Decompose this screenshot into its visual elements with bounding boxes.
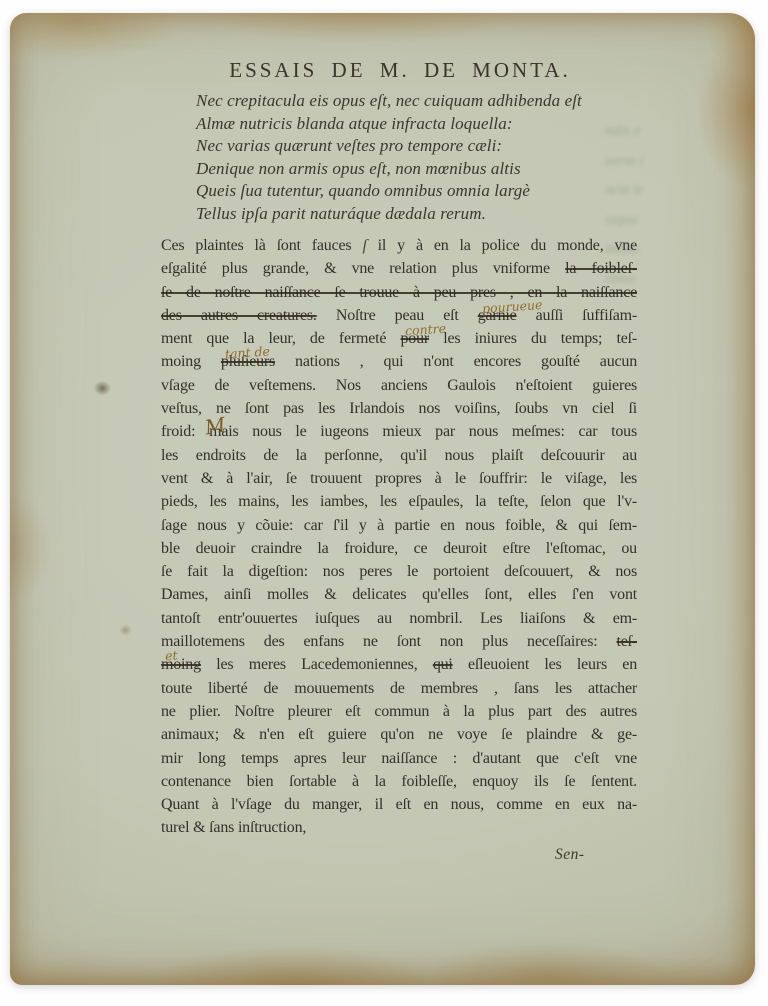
text-line: moinget les meres Lacedemoniennes, qui e… [161, 653, 637, 676]
struck-text: des autres creatures. [161, 307, 317, 324]
printed-text: nous le iugeons mieux par nous meſmes: c… [239, 423, 637, 440]
printed-text: Noſtre peau eſt [317, 307, 478, 324]
verse-line: Denique non armis opus eſt, non mœnibus … [196, 158, 646, 181]
text-line: veſtus, ne ſont pas les Irlandois nos vo… [161, 397, 637, 420]
struck-text: qui [433, 656, 453, 673]
text-line: les endroits de la perſonne, qu'il nous … [161, 444, 637, 467]
text-line: toute liberté de mouuements de membres ,… [161, 677, 637, 700]
verse-line: Nec varias quærunt veſtes pro tempore cæ… [196, 135, 646, 158]
printed-text: maillotemens des enfans ne ſont non plus… [161, 633, 616, 650]
text-line: ble deuoir craindre la froidure, ce deur… [161, 537, 637, 560]
printed-text: il y à en la police du monde, vne [367, 237, 637, 254]
printed-text: toute liberté de mouuements de membres ,… [161, 680, 637, 697]
text-line: animaux; & n'en eſt guiere qu'on ne voye… [161, 723, 637, 746]
text-line: ſage nous y cõuie: car ſ'il y à partie e… [161, 514, 637, 537]
verse-line: Nec crepitacula eis opus eſt, nec cuiqua… [196, 90, 646, 113]
printed-text: Quant à l'vſage du manger, il eſt en nou… [161, 796, 637, 813]
printed-text: Ces plaintes là ſont fauces [161, 237, 362, 254]
text-line: ne plier. Noſtre pleurer eſt commun à la… [161, 700, 637, 723]
book-page: ESSAIS DE M. DE MONTA. Nec crepitacula e… [10, 13, 755, 985]
text-line: moing pluſieurstant de nations , qui n'o… [161, 350, 637, 373]
text-line: ſe de noſtre naiſſance ſe trouue à peu p… [161, 281, 637, 304]
latin-verse-block: Nec crepitacula eis opus eſt, nec cuiqua… [196, 90, 646, 226]
printed-text: mir long temps apres leur naiſſance : d'… [161, 750, 637, 767]
running-header: ESSAIS DE M. DE MONTA. [180, 58, 620, 83]
printed-text: auſſi ſuffiſam- [517, 307, 637, 324]
printed-text: eſgalité plus grande, & vne relation plu… [161, 260, 565, 277]
printed-text: Dames, ainſi molles & delicates qu'elles… [161, 586, 637, 603]
struck-text: pourcontre [401, 330, 430, 347]
printed-text: ſage nous y cõuie: car ſ'il y à partie e… [161, 517, 637, 534]
printed-text: tantoſt entr'ouuertes iuſques au nombril… [161, 610, 637, 627]
book-photo: ESSAIS DE M. DE MONTA. Nec crepitacula e… [0, 0, 768, 1006]
show-through-line: ncte tr [605, 176, 720, 206]
printed-text: maisM [209, 423, 238, 440]
text-line: eſgalité plus grande, & vne relation plu… [161, 257, 637, 280]
printed-text: contenance bien ſortable à la foibleſſe,… [161, 773, 637, 790]
struck-text: garniepourueue [478, 307, 517, 324]
show-through-text: ndis euerm tncte trsiquamilhorbius [605, 117, 720, 294]
text-line: Ces plaintes là ſont fauces ſ il y à en … [161, 234, 637, 257]
struck-text: moinget [161, 656, 201, 673]
text-line: des autres creatures. Noſtre peau eſt ga… [161, 304, 637, 327]
show-through-line: rbius [605, 265, 720, 295]
text-line: tantoſt entr'ouuertes iuſques au nombril… [161, 607, 637, 630]
printed-text: les meres Lacedemoniennes, [201, 656, 433, 673]
printed-text: ment que la leur, de fermeté [161, 330, 401, 347]
prose-block: Ces plaintes là ſont fauces ſ il y à en … [161, 234, 637, 840]
text-line: vent & à l'air, ſe trouuent propres à le… [161, 467, 637, 490]
verse-line: Tellus ipſa parit naturáque dædala rerum… [196, 203, 646, 226]
text-line: maillotemens des enfans ne ſont non plus… [161, 630, 637, 653]
printed-text: animaux; & n'en eſt guiere qu'on ne voye… [161, 726, 637, 743]
printed-text: les iniures du temps; teſ- [429, 330, 637, 347]
printed-text: moing [161, 353, 221, 370]
verse-line: Almæ nutricis blanda atque infracta loqu… [196, 113, 646, 136]
printed-text: veſtus, ne ſont pas les Irlandois nos vo… [161, 400, 637, 417]
text-line: pieds, les mains, les iambes, les eſpaul… [161, 490, 637, 513]
show-through-line: ndis e [605, 117, 720, 147]
printed-text: vent & à l'air, ſe trouuent propres à le… [161, 470, 637, 487]
text-line: contenance bien ſortable à la foibleſſe,… [161, 770, 637, 793]
text-line: mir long temps apres leur naiſſance : d'… [161, 747, 637, 770]
verse-line: Queis ſua tutentur, quando omnibus omnia… [196, 180, 646, 203]
printed-text: pieds, les mains, les iambes, les eſpaul… [161, 493, 637, 510]
printed-text: nations , qui n'ont encores gouſté aucun [275, 353, 637, 370]
printed-text: ne plier. Noſtre pleurer eſt commun à la… [161, 703, 637, 720]
struck-text: ſe de noſtre naiſſance ſe trouue à peu p… [161, 284, 637, 301]
printed-text: eſleuoient les leurs en [453, 656, 637, 673]
struck-text: teſ- [616, 633, 637, 650]
text-line: vſage de veſtemens. Nos anciens Gaulois … [161, 374, 637, 397]
printed-text: turel & ſans inſtruction, [161, 819, 306, 836]
show-through-line: uerm t [605, 147, 720, 177]
text-line: ment que la leur, de fermeté pourcontre … [161, 327, 637, 350]
text-line: ſe fait la digeſtion: nos peres le porto… [161, 560, 637, 583]
struck-text: pluſieurstant de [221, 353, 275, 370]
printed-text: froid: [161, 423, 209, 440]
catchword: Sen- [555, 846, 585, 864]
text-line: froid: maisM nous le iugeons mieux par n… [161, 420, 637, 443]
show-through-line: milho [605, 235, 720, 265]
printed-text: les endroits de la perſonne, qu'il nous … [161, 447, 637, 464]
printed-text: vſage de veſtemens. Nos anciens Gaulois … [161, 377, 637, 394]
show-through-line: siqua [605, 206, 720, 236]
text-line: turel & ſans inſtruction, [161, 816, 637, 839]
text-line: Quant à l'vſage du manger, il eſt en nou… [161, 793, 637, 816]
text-line: Dames, ainſi molles & delicates qu'elles… [161, 583, 637, 606]
printed-text: ſe fait la digeſtion: nos peres le porto… [161, 563, 637, 580]
printed-text: ble deuoir craindre la froidure, ce deur… [161, 540, 637, 557]
